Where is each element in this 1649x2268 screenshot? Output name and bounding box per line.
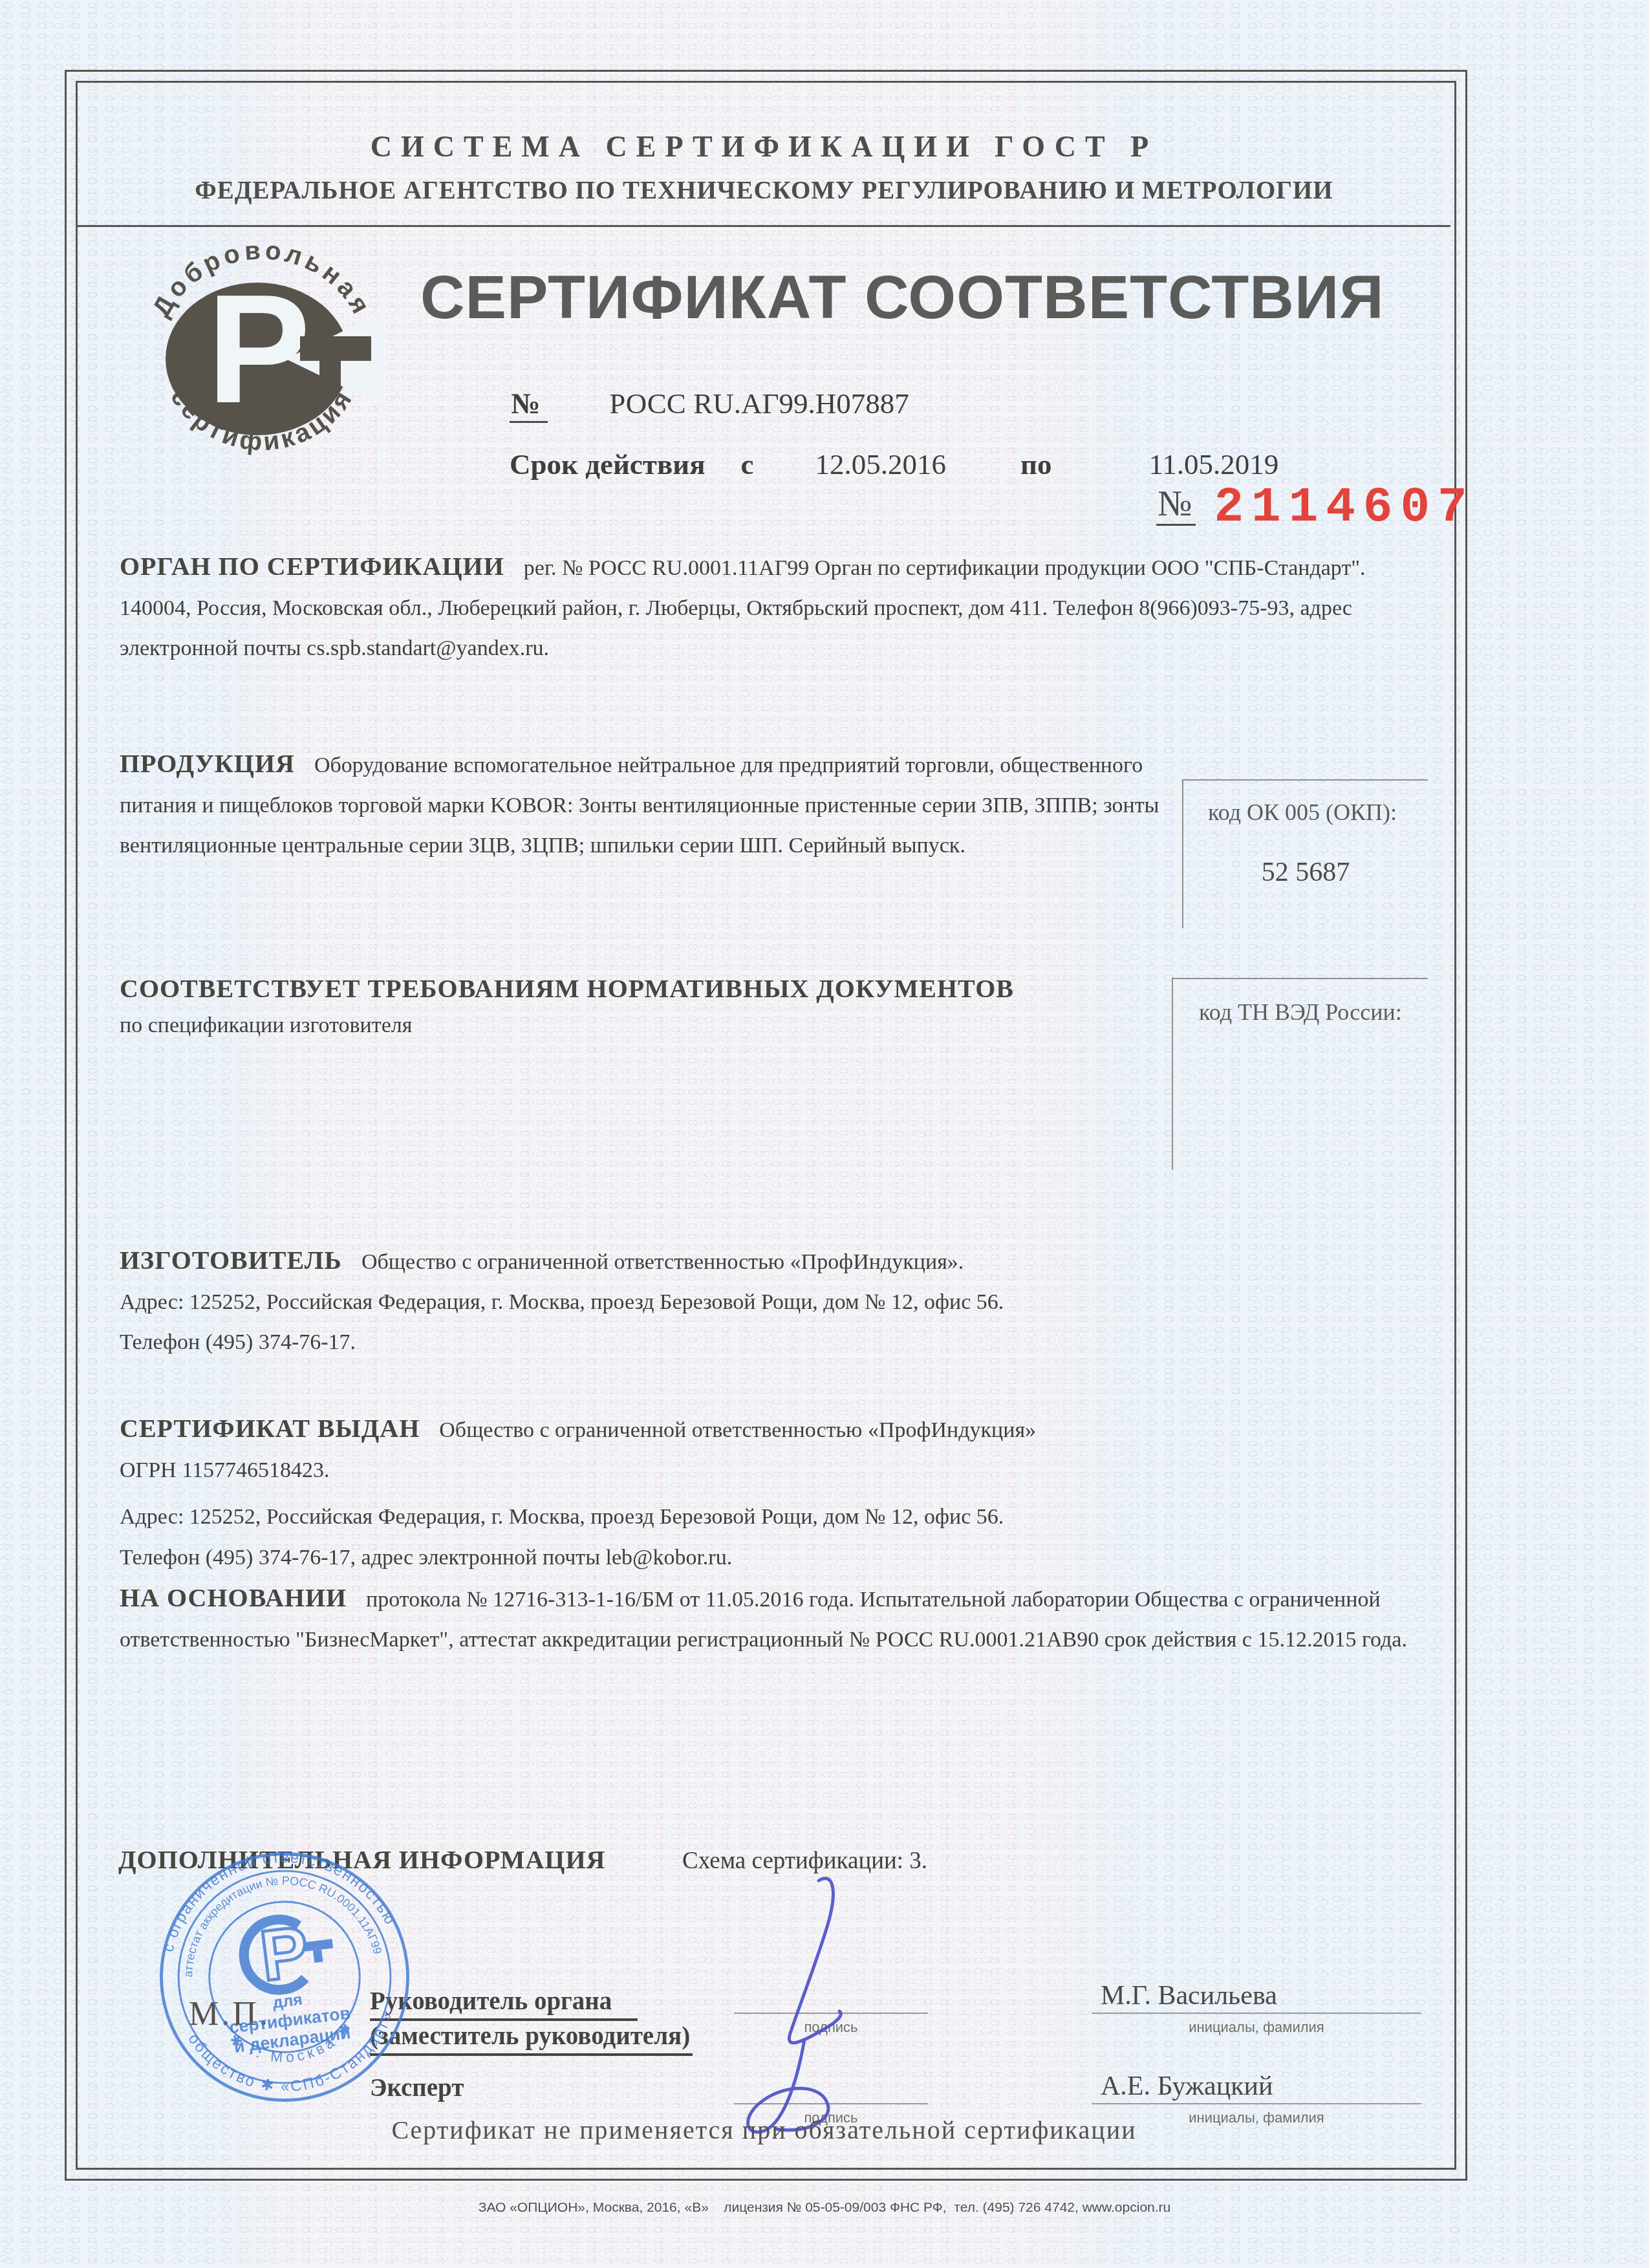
manufacturer-label: ИЗГОТОВИТЕЛЬ [120, 1246, 342, 1275]
head-name: М.Г. Васильева [1101, 1980, 1277, 2011]
footer-notice: Сертификат не применяется при обязательн… [76, 2115, 1452, 2145]
conforms-label: СООТВЕТСТВУЕТ ТРЕБОВАНИЯМ НОРМАТИВНЫХ ДО… [120, 973, 1014, 1004]
organ-label: ОРГАН ПО СЕРТИФИКАЦИИ [120, 552, 504, 581]
handwritten-signature [666, 1870, 957, 2155]
basis-label: НА ОСНОВАНИИ [120, 1583, 347, 1612]
cert-number-value: РОСС RU.АГ99.Н07887 [609, 387, 909, 420]
product-section: ПРОДУКЦИЯОборудование вспомогательное не… [120, 744, 1174, 866]
expert-name: А.Е. Бужацкий [1101, 2071, 1273, 2102]
stamp-rst-t-stem [313, 1949, 323, 1963]
issued-ogrn: ОГРН 1157746518423. [120, 1451, 1426, 1491]
form-number-sign: № [1156, 484, 1196, 526]
issued-line1: Общество с ограниченной ответственностью… [439, 1418, 1036, 1442]
issued-label: СЕРТИФИКАТ ВЫДАН [120, 1414, 420, 1443]
agency-title: ФЕДЕРАЛЬНОЕ АГЕНТСТВО ПО ТЕХНИЧЕСКОМУ РЕ… [78, 176, 1450, 205]
system-title: СИСТЕМА СЕРТИФИКАЦИИ ГОСТ Р [78, 129, 1450, 164]
expert-name-line [1092, 2103, 1421, 2104]
cert-number-row: №РОСС RU.АГ99.Н07887 [510, 387, 909, 420]
rst-logo: Р Добровольная сертификация [139, 233, 385, 472]
tnved-code-label: код ТН ВЭД России: [1199, 999, 1402, 1026]
okp-code-label: код ОК 005 (ОКП): [1208, 799, 1397, 826]
signature-stroke-upper [789, 1878, 841, 2042]
manufacturer-section: ИЗГОТОВИТЕЛЬОбщество с ограниченной отве… [120, 1240, 1426, 1363]
okp-code-box: код ОК 005 (ОКП): 52 5687 [1182, 779, 1428, 928]
document-title: СЕРТИФИКАТ СООТВЕТСТВИЯ [420, 263, 1455, 333]
validity-label: Срок действия [510, 448, 706, 481]
form-number-value: 2114607 [1214, 480, 1474, 535]
issued-to-section: СЕРТИФИКАТ ВЫДАНОбщество с ограниченной … [120, 1409, 1426, 1451]
head-name-caption: инициалы, фамилия [1092, 2019, 1421, 2036]
rst-logo-t-stem [319, 360, 341, 389]
printer-imprint: ЗАО «ОПЦИОН», Москва, 2016, «В» лицензия… [194, 2200, 1455, 2216]
round-stamp: с ограниченной ответственностью общество… [140, 1830, 429, 2124]
validity-row: Срок действияс12.05.2016по11.05.2019 [510, 448, 1278, 481]
certificate-page: СИСТЕМА СЕРТИФИКАЦИИ ГОСТ Р ФЕДЕРАЛЬНОЕ … [0, 0, 1649, 2268]
cert-number-sign: № [510, 387, 548, 423]
head-name-line [1092, 2013, 1421, 2014]
product-label: ПРОДУКЦИЯ [120, 749, 295, 778]
stamp-rst-p: Р [256, 1912, 313, 1996]
conforms-text: по спецификации изготовителя [120, 1013, 412, 1038]
okp-code-value: 52 5687 [1183, 857, 1428, 888]
rst-logo-t-bar [300, 336, 371, 361]
manufacturer-line1: Общество с ограниченной ответственностью… [361, 1250, 964, 1274]
issued-phone: Телефон (495) 374-76-17, адрес электронн… [120, 1538, 1426, 1578]
issued-address: Адрес: 125252, Российская Федерация, г. … [120, 1497, 1426, 1537]
validity-to-label: по [1020, 448, 1051, 481]
manufacturer-line3: Телефон (495) 374-76-17. [120, 1323, 1426, 1363]
manufacturer-line2: Адрес: 125252, Российская Федерация, г. … [120, 1282, 1426, 1323]
header-divider [78, 225, 1450, 227]
organ-section: ОРГАН ПО СЕРТИФИКАЦИИрег. № РОСС RU.0001… [120, 546, 1426, 669]
rst-logo-letter-p: Р [207, 262, 310, 435]
stamp-rst-t-bar [304, 1939, 333, 1952]
basis-section: НА ОСНОВАНИИпротокола № 12716-313-1-16/Б… [120, 1578, 1426, 1660]
tnved-code-box: код ТН ВЭД России: [1172, 978, 1428, 1170]
validity-to-date: 11.05.2019 [1148, 448, 1278, 481]
validity-from-date: 12.05.2016 [815, 448, 947, 481]
validity-from-label: с [741, 448, 754, 481]
form-number-row: №2114607 [1156, 480, 1475, 535]
